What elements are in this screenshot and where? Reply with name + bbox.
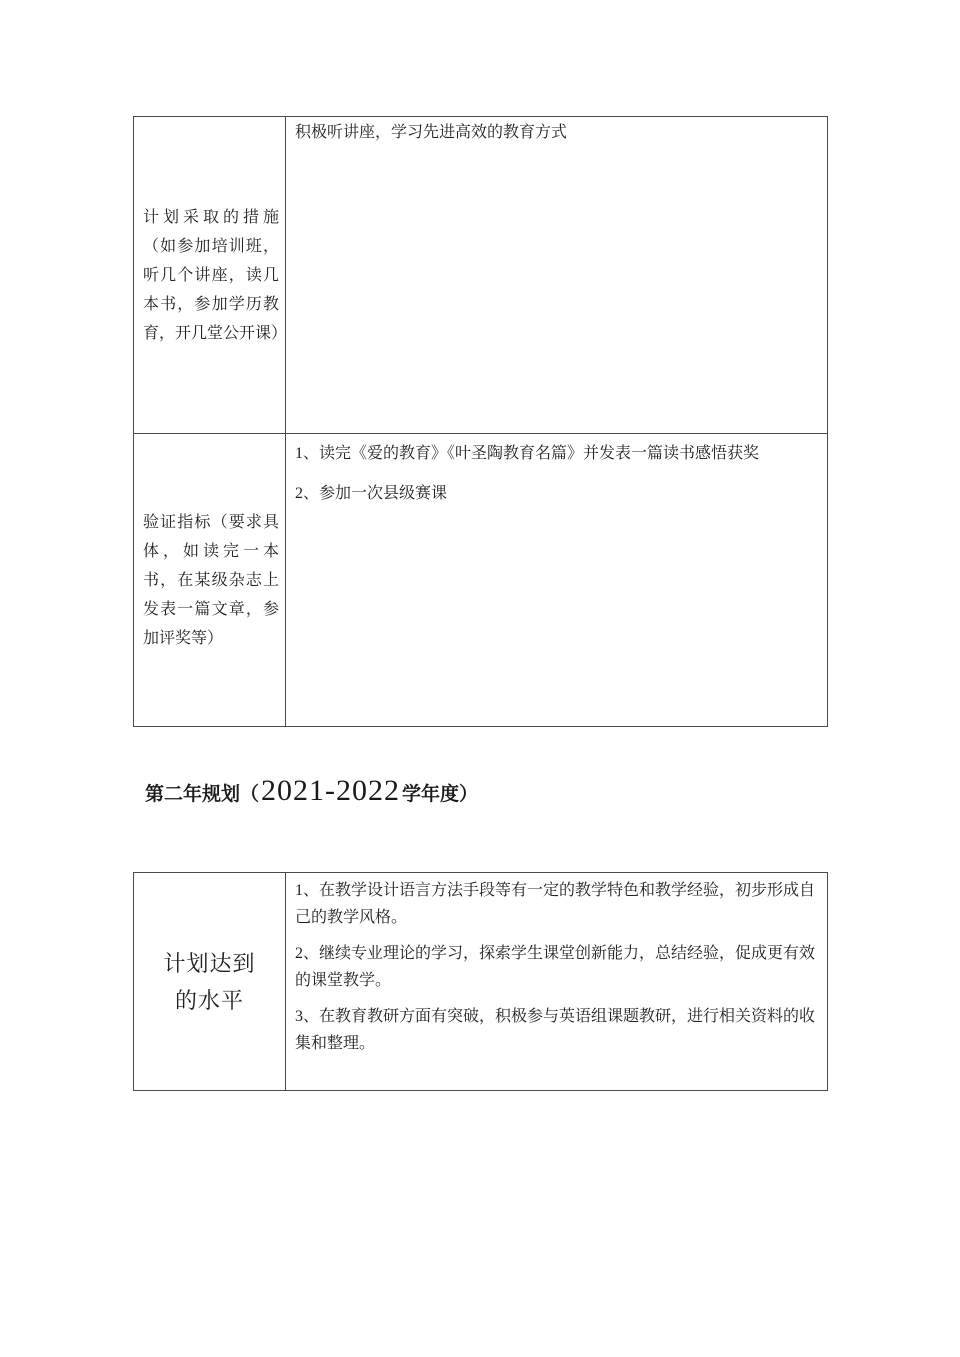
table-row-measures: 计划采取的措施（如参加培训班，听几个讲座，读几本书，参加学历教育，开几堂公开课）…: [134, 117, 827, 433]
heading-paren-open: （: [240, 784, 259, 805]
measures-item: 积极听讲座，学习先进高效的教育方式: [295, 122, 815, 144]
measures-label: 计划采取的措施（如参加培训班，听几个讲座，读几本书，参加学历教育，开几堂公开课）: [134, 203, 285, 348]
level-label-cell: 计划达到 的水平: [134, 873, 286, 1090]
heading-suffix: 学年度: [402, 784, 459, 805]
table-row-level: 计划达到 的水平 1、在教学设计语言方法手段等有一定的教学特色和教学经验，初步形…: [134, 873, 827, 1090]
level-item-1: 1、在教学设计语言方法手段等有一定的教学特色和教学经验，初步形成自己的教学风格。: [295, 877, 815, 931]
heading-paren-close: ）: [459, 784, 478, 805]
level-label: 计划达到 的水平: [134, 945, 285, 1019]
measures-content-cell: 积极听讲座，学习先进高效的教育方式: [286, 117, 827, 433]
heading-title: 第二年规划: [145, 784, 240, 805]
indicator-item-2: 2、参加一次县级赛课: [295, 483, 815, 505]
level-item-3: 3、在教育教研方面有突破，积极参与英语组课题教研，进行相关资料的收集和整理。: [295, 1003, 815, 1057]
measures-label-cell: 计划采取的措施（如参加培训班，听几个讲座，读几本书，参加学历教育，开几堂公开课）: [134, 117, 286, 433]
indicators-content-cell: 1、读完《爱的教育》《叶圣陶教育名篇》并发表一篇读书感悟获奖 2、参加一次县级赛…: [286, 434, 827, 726]
level-content-cell: 1、在教学设计语言方法手段等有一定的教学特色和教学经验，初步形成自己的教学风格。…: [286, 873, 827, 1090]
level-label-line1: 计划达到: [134, 945, 285, 982]
section-heading-second-year: 第二年规划（2021-2022学年度）: [145, 770, 478, 817]
level-item-2: 2、继续专业理论的学习，探索学生课堂创新能力，总结经验，促成更有效的课堂教学。: [295, 940, 815, 994]
plan-measures-table: 计划采取的措施（如参加培训班，听几个讲座，读几本书，参加学历教育，开几堂公开课）…: [133, 116, 828, 727]
level-label-line2: 的水平: [134, 982, 285, 1019]
document-page: 计划采取的措施（如参加培训班，听几个讲座，读几本书，参加学历教育，开几堂公开课）…: [0, 0, 960, 1357]
heading-year: 2021-2022: [259, 774, 402, 807]
table-row-indicators: 验证指标（要求具体，如读完一本书，在某级杂志上发表一篇文章，参加评奖等） 1、读…: [134, 433, 827, 726]
indicators-label-cell: 验证指标（要求具体，如读完一本书，在某级杂志上发表一篇文章，参加评奖等）: [134, 434, 286, 726]
plan-level-table: 计划达到 的水平 1、在教学设计语言方法手段等有一定的教学特色和教学经验，初步形…: [133, 872, 828, 1091]
indicators-label: 验证指标（要求具体，如读完一本书，在某级杂志上发表一篇文章，参加评奖等）: [134, 508, 285, 653]
indicator-item-1: 1、读完《爱的教育》《叶圣陶教育名篇》并发表一篇读书感悟获奖: [295, 443, 815, 465]
